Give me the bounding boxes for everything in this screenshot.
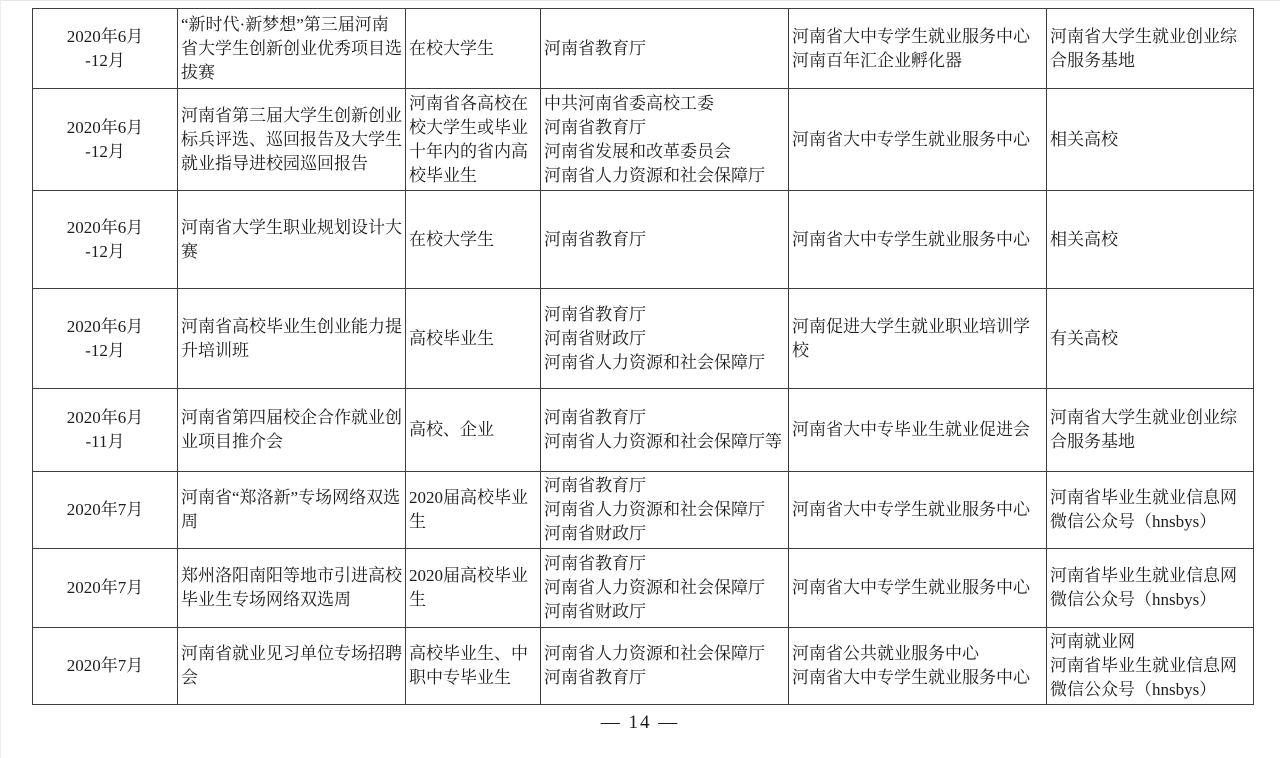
cell-organizer: 河南省教育厅 <box>541 191 789 289</box>
table-row: 2020年7月 河南省就业见习单位专场招聘会 高校毕业生、中职中专毕业生 河南省… <box>33 628 1254 705</box>
cell-event: 河南省就业见习单位专场招聘会 <box>178 628 406 705</box>
cell-organizer: 中共河南省委高校工委 河南省教育厅 河南省发展和改革委员会 河南省人力资源和社会… <box>541 89 789 191</box>
cell-venue: 河南省毕业生就业信息网 微信公众号（hnsbys） <box>1047 472 1254 549</box>
table-row: 2020年6月 -12月 河南省大学生职业规划设计大赛 在校大学生 河南省教育厅… <box>33 191 1254 289</box>
cell-venue: 河南省大学生就业创业综合服务基地 <box>1047 389 1254 472</box>
cell-organizer: 河南省人力资源和社会保障厅 河南省教育厅 <box>541 628 789 705</box>
cell-target-group: 河南省各高校在校大学生或毕业十年内的省内高校毕业生 <box>406 89 541 191</box>
cell-event: “新时代·新梦想”第三届河南省大学生创新创业优秀项目选拔赛 <box>178 9 406 89</box>
cell-organizer: 河南省教育厅 河南省人力资源和社会保障厅 河南省财政厅 <box>541 472 789 549</box>
cell-date: 2020年6月 -12月 <box>33 289 178 389</box>
cell-organizer: 河南省教育厅 <box>541 9 789 89</box>
cell-venue: 河南省毕业生就业信息网 微信公众号（hnsbys） <box>1047 549 1254 628</box>
cell-date: 2020年6月 -12月 <box>33 191 178 289</box>
cell-undertaker: 河南省大中专学生就业服务中心 <box>789 472 1047 549</box>
cell-event: 河南省“郑洛新”专场网络双选周 <box>178 472 406 549</box>
cell-organizer: 河南省教育厅 河南省人力资源和社会保障厅等 <box>541 389 789 472</box>
table-row: 2020年6月 -12月 河南省高校毕业生创业能力提升培训班 高校毕业生 河南省… <box>33 289 1254 389</box>
cell-undertaker: 河南省大中专毕业生就业促进会 <box>789 389 1047 472</box>
cell-undertaker: 河南省大中专学生就业服务中心 <box>789 549 1047 628</box>
cell-target-group: 在校大学生 <box>406 9 541 89</box>
cell-event: 河南省大学生职业规划设计大赛 <box>178 191 406 289</box>
cell-organizer: 河南省教育厅 河南省人力资源和社会保障厅 河南省财政厅 <box>541 549 789 628</box>
cell-target-group: 高校、企业 <box>406 389 541 472</box>
cell-date: 2020年7月 <box>33 628 178 705</box>
cell-date: 2020年7月 <box>33 472 178 549</box>
cell-undertaker: 河南省大中专学生就业服务中心 河南百年汇企业孵化器 <box>789 9 1047 89</box>
table-row: 2020年6月 -12月 “新时代·新梦想”第三届河南省大学生创新创业优秀项目选… <box>33 9 1254 89</box>
cell-target-group: 高校毕业生、中职中专毕业生 <box>406 628 541 705</box>
table-row: 2020年7月 河南省“郑洛新”专场网络双选周 2020届高校毕业生 河南省教育… <box>33 472 1254 549</box>
cell-target-group: 2020届高校毕业生 <box>406 549 541 628</box>
cell-event: 河南省第三届大学生创新创业标兵评选、巡回报告及大学生就业指导进校园巡回报告 <box>178 89 406 191</box>
cell-date: 2020年6月 -12月 <box>33 89 178 191</box>
cell-event: 郑州洛阳南阳等地市引进高校毕业生专场网络双选周 <box>178 549 406 628</box>
table-row: 2020年6月 -12月 河南省第三届大学生创新创业标兵评选、巡回报告及大学生就… <box>33 89 1254 191</box>
cell-target-group: 2020届高校毕业生 <box>406 472 541 549</box>
cell-undertaker: 河南省大中专学生就业服务中心 <box>789 191 1047 289</box>
cell-venue: 河南省大学生就业创业综合服务基地 <box>1047 9 1254 89</box>
cell-target-group: 在校大学生 <box>406 191 541 289</box>
table-row: 2020年6月 -11月 河南省第四届校企合作就业创业项目推介会 高校、企业 河… <box>33 389 1254 472</box>
cell-undertaker: 河南省大中专学生就业服务中心 <box>789 89 1047 191</box>
cell-venue: 河南就业网 河南省毕业生就业信息网 微信公众号（hnsbys） <box>1047 628 1254 705</box>
cell-event: 河南省高校毕业生创业能力提升培训班 <box>178 289 406 389</box>
cell-venue: 相关高校 <box>1047 89 1254 191</box>
table-row: 2020年7月 郑州洛阳南阳等地市引进高校毕业生专场网络双选周 2020届高校毕… <box>33 549 1254 628</box>
cell-organizer: 河南省教育厅 河南省财政厅 河南省人力资源和社会保障厅 <box>541 289 789 389</box>
cell-undertaker: 河南促进大学生就业职业培训学校 <box>789 289 1047 389</box>
cell-undertaker: 河南省公共就业服务中心 河南省大中专学生就业服务中心 <box>789 628 1047 705</box>
cell-venue: 有关高校 <box>1047 289 1254 389</box>
cell-target-group: 高校毕业生 <box>406 289 541 389</box>
event-schedule-table: 2020年6月 -12月 “新时代·新梦想”第三届河南省大学生创新创业优秀项目选… <box>32 8 1254 705</box>
cell-event: 河南省第四届校企合作就业创业项目推介会 <box>178 389 406 472</box>
cell-date: 2020年7月 <box>33 549 178 628</box>
cell-date: 2020年6月 -12月 <box>33 9 178 89</box>
page-number: — 14 — <box>0 712 1280 734</box>
cell-venue: 相关高校 <box>1047 191 1254 289</box>
cell-date: 2020年6月 -11月 <box>33 389 178 472</box>
